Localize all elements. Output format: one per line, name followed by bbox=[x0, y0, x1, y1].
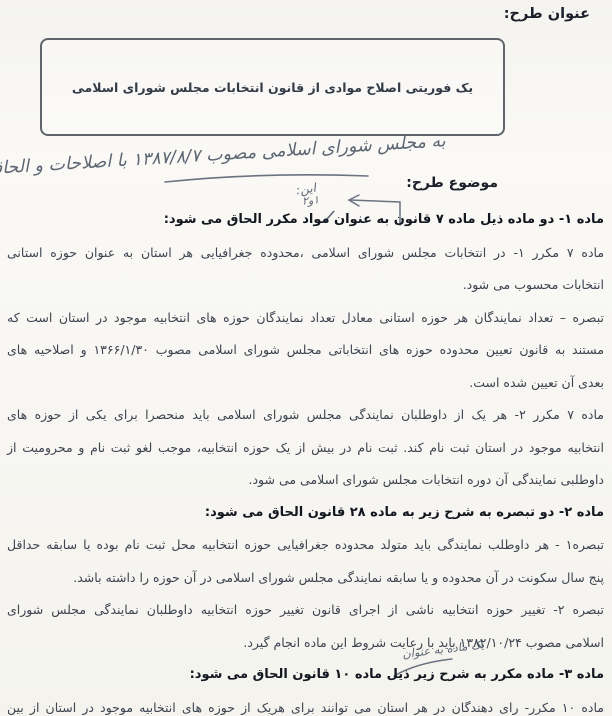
plan-subject-label: موضوع طرح: bbox=[406, 175, 498, 191]
handwritten-top-note: به مجلس شورای اسلامی مصوب ۱۳۸۷/۸/۷ با اص… bbox=[0, 131, 446, 179]
body-line: ماده ۱۰ مکرر- رای دهندگان در هر استان می… bbox=[7, 692, 604, 716]
body-line: اسلامی مصوب ۱۳۸۲/۱۰/۲۴ باید با رعایت شرو… bbox=[7, 627, 604, 660]
article-3-heading: ماده ۳- ماده مکرر به شرح زیر ذیل ماده ۱۰… bbox=[7, 659, 604, 692]
handwriting-underline bbox=[165, 175, 368, 182]
body-line: ماده ۷ مکرر ۱- در انتخابات مجلس شورای اس… bbox=[7, 237, 604, 270]
body-line: داوطلبی نمایندگی آن دوره انتخابات مجلس ش… bbox=[7, 464, 604, 497]
scanned-bill-page: عنوان طرح: یک فوریتی اصلاح موادی از قانو… bbox=[0, 0, 612, 716]
body-line: مستند به قانون تعیین محدوده حوزه های انت… bbox=[7, 334, 604, 367]
body-line: انتخابیه موجود در استان ثبت نام کند. ثبت… bbox=[7, 432, 604, 465]
article-2-heading: ماده ۲- دو تبصره به شرح زیر به ماده ۲۸ ق… bbox=[7, 497, 604, 530]
body-line: پنج سال سکونت در آن محدوده و یا سابقه نم… bbox=[7, 562, 604, 595]
body-line: تبصره ۲- تغییر حوزه انتخابیه ناشی از اجر… bbox=[7, 594, 604, 627]
plan-title-label: عنوان طرح: bbox=[504, 6, 590, 22]
plan-title-text: یک فوریتی اصلاح موادی از قانون انتخابات … bbox=[72, 80, 473, 95]
document-body: ماده ۱- دو ماده ذیل ماده ۷ قانون به عنوا… bbox=[7, 204, 604, 716]
article-1-heading: ماده ۱- دو ماده ذیل ماده ۷ قانون به عنوا… bbox=[7, 204, 604, 237]
body-line: تبصره۱ - هر داوطلب نمایندگی باید متولد م… bbox=[7, 529, 604, 562]
body-line: ماده ۷ مکرر ۲- هر یک از داوطلبان نمایندگ… bbox=[7, 399, 604, 432]
body-line: تبصره – تعداد نمایندگان هر حوزه استانی م… bbox=[7, 302, 604, 335]
body-line: بعدی آن تعیین شده است. bbox=[7, 367, 604, 400]
plan-title-box: یک فوریتی اصلاح موادی از قانون انتخابات … bbox=[40, 38, 505, 136]
body-line: انتخابات محسوب می شود. bbox=[7, 269, 604, 302]
